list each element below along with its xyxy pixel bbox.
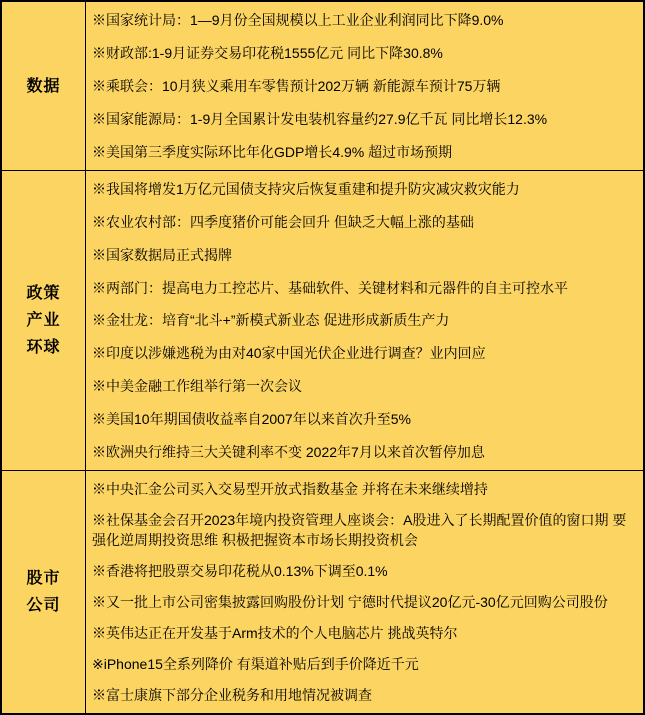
section-label-text: 股市 [26, 565, 60, 592]
news-item: ※两部门：提高电力工控芯片、基础软件、关键材料和元器件的自主可控水平 [92, 278, 629, 298]
section-data-label: 数据 [2, 2, 86, 170]
section-stock-label: 股市 公司 [2, 471, 86, 713]
section-policy-content: ※我国将增发1万亿元国债支持灾后恢复重建和提升防灾减灾救灾能力 ※农业农村部：四… [86, 171, 643, 470]
section-label-text: 产业 [26, 307, 60, 334]
news-item: ※财政部:1-9月证券交易印花税1555亿元 同比下降30.8% [92, 43, 629, 63]
news-item: ※中美金融工作组举行第一次会议 [92, 376, 629, 396]
section-label-text: 环球 [26, 334, 60, 361]
news-item: ※乘联会：10月狭义乘用车零售预计202万辆 新能源车预计75万辆 [92, 76, 629, 96]
news-item: ※国家统计局：1—9月份全国规模以上工业企业利润同比下降9.0% [92, 10, 629, 30]
news-item: ※香港将把股票交易印花税从0.13%下调至0.1% [92, 561, 629, 581]
news-item: ※英伟达正在开发基于Arm技术的个人电脑芯片 挑战英特尔 [92, 623, 629, 643]
section-data-content: ※国家统计局：1—9月份全国规模以上工业企业利润同比下降9.0% ※财政部:1-… [86, 2, 643, 170]
section-label-text: 政策 [26, 280, 60, 307]
section-policy-label: 政策 产业 环球 [2, 171, 86, 470]
news-item: ※又一批上市公司密集披露回购股份计划 宁德时代提议20亿元-30亿元回购公司股份 [92, 592, 629, 612]
section-stock-content: ※中央汇金公司买入交易型开放式指数基金 并将在未来继续增持 ※社保基金会召开20… [86, 471, 643, 713]
news-item: ※我国将增发1万亿元国债支持灾后恢复重建和提升防灾减灾救灾能力 [92, 179, 629, 199]
news-item: ※美国10年期国债收益率自2007年以来首次升至5% [92, 409, 629, 429]
section-label-text: 数据 [26, 73, 60, 100]
news-item: ※金壮龙：培育“北斗+”新模式新业态 促进形成新质生产力 [92, 310, 629, 330]
news-item: ※iPhone15全系列降价 有渠道补贴后到手价降近千元 [92, 654, 629, 674]
news-item: ※国家数据局正式揭牌 [92, 245, 629, 265]
news-item: ※富士康旗下部分企业税务和用地情况被调查 [92, 685, 629, 705]
section-label-text: 公司 [26, 592, 60, 619]
news-item: ※农业农村部：四季度猪价可能会回升 但缺乏大幅上涨的基础 [92, 212, 629, 232]
news-item: ※国家能源局：1-9月全国累计发电装机容量约27.9亿千瓦 同比增长12.3% [92, 109, 629, 129]
section-data: 数据 ※国家统计局：1—9月份全国规模以上工业企业利润同比下降9.0% ※财政部… [2, 2, 643, 171]
section-stock-company: 股市 公司 ※中央汇金公司买入交易型开放式指数基金 并将在未来继续增持 ※社保基… [2, 471, 643, 713]
news-item: ※欧洲央行维持三大关键利率不变 2022年7月以来首次暂停加息 [92, 442, 629, 462]
news-digest-table: 数据 ※国家统计局：1—9月份全国规模以上工业企业利润同比下降9.0% ※财政部… [0, 0, 645, 715]
section-policy-industry-global: 政策 产业 环球 ※我国将增发1万亿元国债支持灾后恢复重建和提升防灾减灾救灾能力… [2, 171, 643, 471]
news-item: ※印度以涉嫌逃税为由对40家中国光伏企业进行调查？业内回应 [92, 343, 629, 363]
news-item: ※美国第三季度实际环比年化GDP增长4.9% 超过市场预期 [92, 142, 629, 162]
news-item: ※社保基金会召开2023年境内投资管理人座谈会：A股进入了长期配置价值的窗口期 … [92, 510, 629, 550]
news-item: ※中央汇金公司买入交易型开放式指数基金 并将在未来继续增持 [92, 479, 629, 499]
